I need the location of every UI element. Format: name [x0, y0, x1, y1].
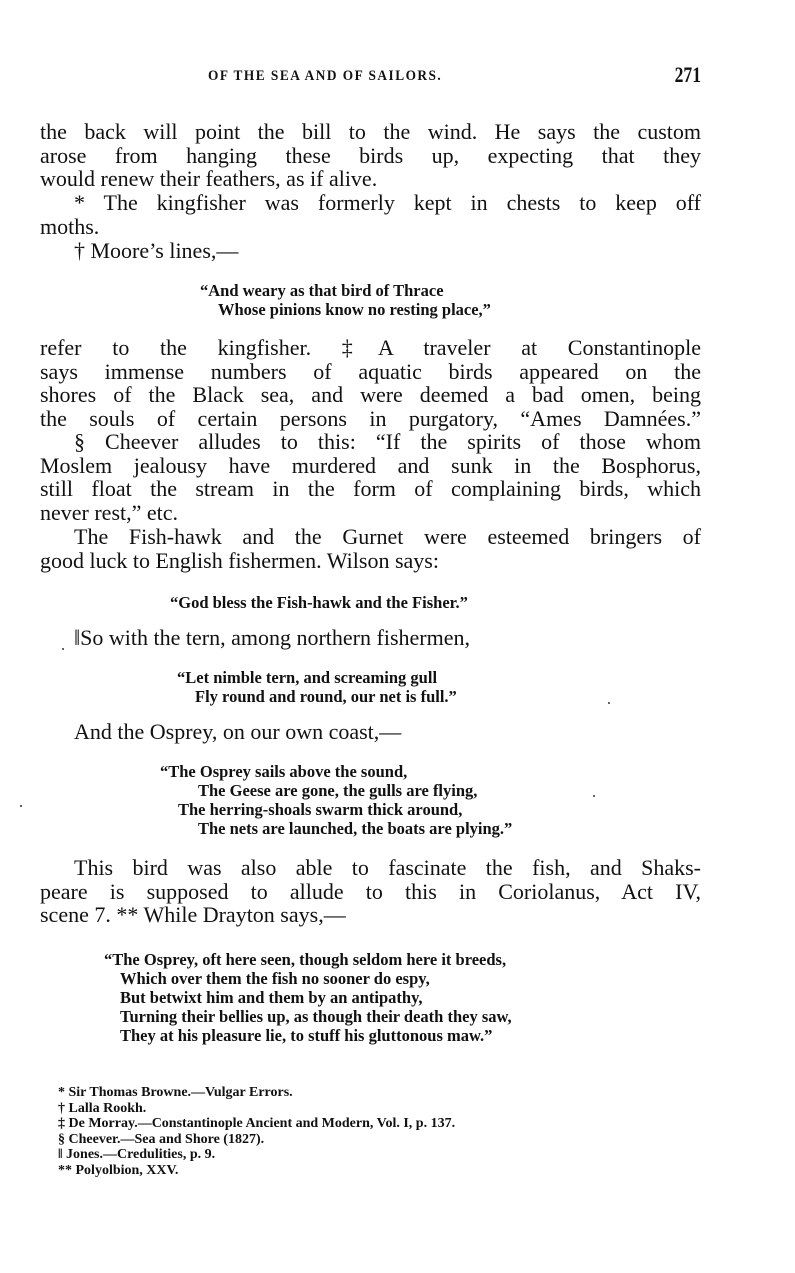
verse-line: “The Osprey, oft here seen, though seldo…: [104, 950, 512, 969]
text-line: would renew their feathers, as if alive.: [40, 167, 701, 191]
paragraph-fascinate: This bird was also able to fascinate the…: [40, 856, 701, 927]
text-line: shores of the Black sea, and were deemed…: [40, 383, 701, 407]
book-page: OF THE SEA AND OF SAILORS. 271 the back …: [0, 0, 795, 1273]
text-line: Moslem jealousy have murdered and sunk i…: [40, 454, 701, 478]
text-line: never rest,” etc.: [40, 501, 701, 525]
verse-line: Whose pinions know no resting place,”: [200, 300, 491, 319]
verse-drayton: “The Osprey, oft here seen, though seldo…: [104, 950, 512, 1045]
text-line: The Fish-hawk and the Gurnet were esteem…: [40, 525, 701, 549]
footnote: § Cheever.—Sea and Shore (1827).: [58, 1132, 455, 1148]
running-title: OF THE SEA AND OF SAILORS.: [208, 68, 442, 85]
verse-line: “And weary as that bird of Thrace: [200, 281, 491, 300]
verse-line: Turning their bellies up, as though thei…: [104, 1007, 512, 1026]
verse-line: The herring-shoals swarm thick around,: [160, 800, 512, 819]
page-number: 271: [675, 62, 701, 88]
scan-speck: [608, 702, 610, 704]
scan-speck: [20, 805, 22, 807]
verse-line: But betwixt him and them by an antipathy…: [104, 988, 512, 1007]
footnote: ** Polyolbion, XXV.: [58, 1163, 455, 1179]
page-header: OF THE SEA AND OF SAILORS. 271: [40, 64, 701, 92]
footnote: † Lalla Rookh.: [58, 1101, 455, 1117]
text-line: says immense numbers of aquatic birds ap…: [40, 360, 701, 384]
text-line: moths.: [40, 215, 701, 239]
footnote: ‡ De Morray.—Constantinople Ancient and …: [58, 1116, 455, 1132]
paragraph-osprey-coast: And the Osprey, on our own coast,—: [40, 720, 701, 744]
text-line: refer to the kingfisher. ‡A traveler at …: [40, 336, 701, 360]
paragraph-cheever: § Cheever alludes to this: “If the spiri…: [40, 430, 701, 524]
verse-line: “God bless the Fish-hawk and the Fisher.…: [170, 593, 468, 612]
verse-line: The Geese are gone, the gulls are flying…: [160, 781, 512, 800]
paragraph-custom: the back will point the bill to the wind…: [40, 120, 701, 191]
text-line: † Moore’s lines,—: [40, 239, 701, 263]
paragraph-moore: † Moore’s lines,—: [40, 239, 701, 263]
verse-line: Which over them the fish no sooner do es…: [104, 969, 512, 988]
paragraph-kingfisher: * The kingfisher was formerly kept in ch…: [40, 191, 701, 238]
verse-line: “The Osprey sails above the sound,: [160, 762, 512, 781]
footnote: ‖ Jones.—Credulities, p. 9.: [58, 1147, 455, 1163]
text-line: scene 7. ** While Drayton says,—: [40, 903, 701, 927]
verse-line: Fly round and round, our net is full.”: [177, 687, 457, 706]
verse-tern: “Let nimble tern, and screaming gull Fly…: [177, 668, 457, 706]
text-line: And the Osprey, on our own coast,—: [40, 720, 701, 744]
verse-line: “Let nimble tern, and screaming gull: [177, 668, 457, 687]
paragraph-fish-hawk: The Fish-hawk and the Gurnet were esteem…: [40, 525, 701, 572]
text-line: § Cheever alludes to this: “If the spiri…: [40, 430, 701, 454]
text-line: the back will point the bill to the wind…: [40, 120, 701, 144]
text-line: the souls of certain persons in purgator…: [40, 407, 701, 431]
paragraph-tern: ‖So with the tern, among northern fisher…: [40, 626, 701, 650]
verse-thrace: “And weary as that bird of Thrace Whose …: [200, 281, 491, 319]
text-line: arose from hanging these birds up, expec…: [40, 144, 701, 168]
paragraph-constantinople: refer to the kingfisher. ‡A traveler at …: [40, 336, 701, 430]
verse-osprey-sound: “The Osprey sails above the sound, The G…: [160, 762, 512, 838]
footnotes: * Sir Thomas Browne.—Vulgar Errors. † La…: [58, 1085, 455, 1178]
text-line: still float the stream in the form of co…: [40, 477, 701, 501]
scan-speck: [593, 795, 595, 797]
scan-speck: [62, 648, 64, 650]
verse-line: They at his pleasure lie, to stuff his g…: [104, 1026, 512, 1045]
text-line: ‖So with the tern, among northern fisher…: [40, 626, 701, 650]
footnote: * Sir Thomas Browne.—Vulgar Errors.: [58, 1085, 455, 1101]
verse-line: The nets are launched, the boats are ply…: [160, 819, 512, 838]
text-line: This bird was also able to fascinate the…: [40, 856, 701, 880]
text-line: peare is supposed to allude to this in C…: [40, 880, 701, 904]
text-line: good luck to English fishermen. Wilson s…: [40, 549, 701, 573]
text-line: * The kingfisher was formerly kept in ch…: [40, 191, 701, 215]
verse-god-bless: “God bless the Fish-hawk and the Fisher.…: [170, 593, 468, 612]
